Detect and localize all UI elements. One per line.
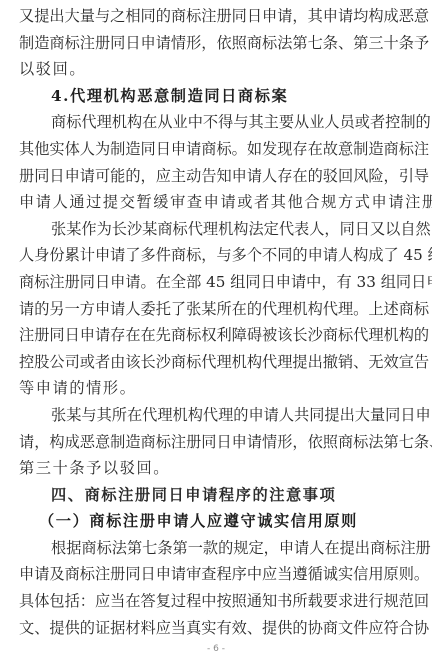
paragraph-line: 请的另一方申请人委托了张某所在的代理机构代理。上述商标 [19, 296, 413, 323]
paragraph-line: 商标代理机构在从业中不得与其主要从业人员或者控制的 [19, 109, 413, 136]
section-heading: 四、商标注册同日申请程序的注意事项 [19, 482, 413, 509]
paragraph-line: 以驳回。 [19, 56, 413, 83]
paragraph-line: 又提出大量与之相同的商标注册同日申请，其申请均构成恶意 [19, 3, 413, 30]
paragraph-line: 张某与其所在代理机构代理的申请人共同提出大量同日申 [19, 402, 413, 429]
paragraph-line: 等申请的情形。 [19, 375, 413, 402]
paragraph-line: 申请及商标注册同日申请审查程序中应当遵循诚实信用原则。 [19, 561, 413, 588]
paragraph-line: 其他实体人为制造同日申请商标。如发现存在故意制造商标注 [19, 136, 413, 163]
subsection-heading: （一）商标注册申请人应遵守诚实信用原则 [19, 508, 413, 535]
document-page: 又提出大量与之相同的商标注册同日申请，其申请均构成恶意 制造商标注册同日申请情形… [19, 3, 413, 641]
paragraph-line: 控股公司或者由该长沙商标代理机构代理提出撤销、无效宣告 [19, 349, 413, 376]
paragraph-line: 册同日申请可能的，应主动告知申请人存在的驳回风险，引导 [19, 163, 413, 190]
paragraph-line: 根据商标法第七条第一款的规定，申请人在提出商标注册 [19, 535, 413, 562]
paragraph-line: 商标注册同日申请。在全部 45 组同日申请中，有 33 组同日申 [19, 269, 413, 296]
paragraph-line: 制造商标注册同日申请情形，依照商标法第七条、第三十条予 [19, 30, 413, 57]
paragraph-line: 人身份累计申请了多件商标，与多个不同的申请人构成了 45 组 [19, 242, 413, 269]
paragraph-line: 注册同日申请存在在先商标权利障碍被该长沙商标代理机构的 [19, 322, 413, 349]
paragraph-line: 请，构成恶意制造商标注册同日申请情形，依照商标法第七条、 [19, 429, 413, 456]
paragraph-line: 具体包括：应当在答复过程中按照通知书所载要求进行规范回 [19, 588, 413, 615]
case-heading: 4.代理机构恶意制造同日商标案 [19, 83, 413, 110]
paragraph-line: 第三十条予以驳回。 [19, 455, 413, 482]
paragraph-line: 张某作为长沙某商标代理机构法定代表人，同日又以自然 [19, 216, 413, 243]
paragraph-line: 申请人通过提交暂缓审查申请或者其他合规方式申请注册。 [19, 189, 413, 216]
page-number: - 6 - [0, 644, 432, 654]
paragraph-line: 文、提供的证据材料应当真实有效、提供的协商文件应符合协 [19, 615, 413, 642]
